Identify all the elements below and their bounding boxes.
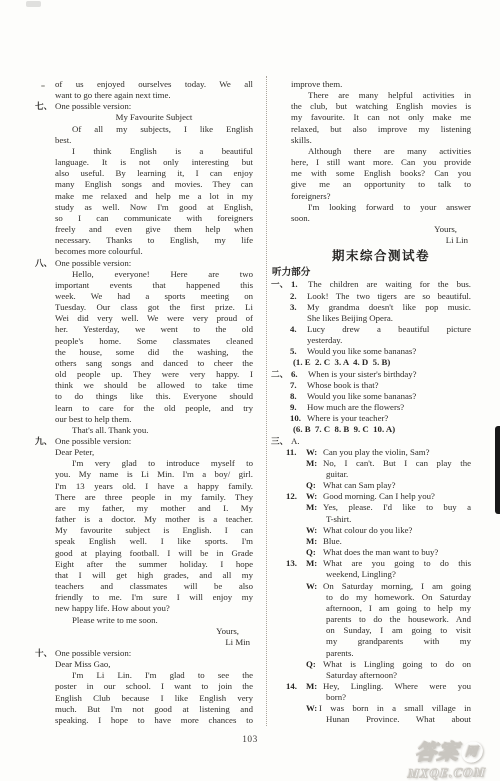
text-line: 14.M:Hey, Lingling. Where were you — [271, 681, 471, 692]
line-text: born? — [326, 692, 471, 703]
item-number: 1. — [291, 279, 308, 290]
text-line: I'm 13 years old. I have a happy family. — [35, 481, 253, 492]
line-text: What does the man want to buy? — [323, 547, 471, 558]
speaker-label: W: — [306, 491, 323, 502]
line-text: I'm very glad to introduce myself to — [55, 458, 253, 469]
watermark-site-name: 答案网 — [397, 739, 500, 766]
section-marker: 九、 — [35, 436, 55, 447]
text-line: so I can communicate with foreigners — [35, 213, 253, 224]
speaker-label: W: — [306, 703, 319, 714]
text-line: necessary. Thanks to English, my life — [35, 235, 253, 246]
line-text: are my father, my mother and I. My — [55, 503, 253, 514]
line-text: friendly to me. I'm sure I will enjoy my — [55, 592, 253, 603]
line-text: father is a doctor. My mother is a teach… — [55, 514, 253, 525]
section-marker: 二、 — [271, 369, 291, 380]
item-number: 3. — [290, 302, 307, 313]
text-line: soon. — [271, 213, 471, 224]
text-line: 3.My grandma doesn't like pop music. — [271, 302, 471, 313]
text-line: here, I still want more. Can you provide — [271, 157, 471, 168]
text-line: 听力部分 — [271, 267, 471, 279]
line-text: Wei did very well. We were very proud of — [55, 313, 253, 324]
text-line: of us enjoyed ourselves today. We all — [35, 79, 253, 90]
line-text: What is Lingling going to do on — [323, 659, 471, 670]
line-text: Eight after the summer holiday. I hope — [55, 559, 253, 570]
line-text: Please write to me soon. — [55, 615, 253, 626]
item-number: 10. — [290, 413, 307, 424]
text-line: people's home. Some classmates cleaned — [35, 336, 253, 347]
column-divider — [266, 76, 267, 726]
line-text: Can you play the violin, Sam? — [323, 447, 471, 458]
line-text: of us enjoyed ourselves today. We all — [55, 79, 253, 90]
line-text: Dear Miss Gao, — [55, 659, 253, 670]
text-line: on Sunday, I am going to visit — [271, 625, 471, 636]
item-number: 7. — [290, 380, 307, 391]
scan-speckle — [26, 1, 41, 7]
line-text: Saturday afternoon? — [326, 670, 471, 681]
line-text: give me an opportunity to talk to — [291, 179, 471, 190]
text-line: My favourite subject is English. I can — [35, 525, 253, 536]
text-line: 二、6.When is your sister's birthday? — [271, 369, 471, 380]
text-line: W:On Saturday morning, I am going — [271, 581, 471, 592]
line-text: Lucy drew a beautiful picture — [307, 324, 471, 335]
speaker-label: W: — [306, 525, 323, 536]
line-text: so I can communicate with foreigners — [55, 213, 253, 224]
line-text: T-shirt. — [326, 514, 471, 525]
text-line: Tuesday. Our class got the first prize. … — [35, 302, 253, 313]
line-text: When is your sister's birthday? — [308, 369, 471, 380]
text-line: teachers and classmates will be also — [35, 581, 253, 592]
text-line: the house, some did the washing, the — [35, 347, 253, 358]
item-number: 12. — [286, 491, 306, 502]
item-number: 8. — [290, 391, 307, 402]
section-marker: 七、 — [35, 101, 55, 112]
text-line: M:Blue. — [271, 536, 471, 547]
line-text: guitar. — [326, 469, 471, 480]
line-text: want to go there again next time. — [55, 90, 253, 101]
text-line: many English songs and movies. They can — [35, 179, 253, 190]
text-line: 八、One possible version: — [35, 258, 253, 269]
text-line: Eight after the summer holiday. I hope — [35, 559, 253, 570]
text-line: 5.Would you like some bananas? — [271, 346, 471, 357]
text-line: I'm Li Lin. I'm glad to see the — [35, 670, 253, 681]
text-line: skills. — [271, 135, 471, 146]
speaker-label: Q: — [306, 659, 323, 670]
text-line: to do my homework. On Saturday — [271, 592, 471, 603]
item-number: 5. — [290, 346, 307, 357]
circled-character-icon: 网 — [460, 741, 483, 762]
line-text: Although there are many activities — [291, 146, 471, 157]
text-line: There are many helpful activities in — [271, 90, 471, 101]
line-text: Li Lin — [291, 235, 471, 246]
line-text: English Club because I like English very — [55, 693, 253, 704]
text-line: give me an opportunity to talk to — [271, 179, 471, 190]
line-text: That's all. Thank you. — [55, 425, 253, 436]
text-line: born? — [271, 692, 471, 703]
item-number: 9. — [290, 402, 307, 413]
line-text: soon. — [291, 213, 471, 224]
line-text: I'm 13 years old. I have a happy family. — [55, 481, 253, 492]
text-line: I'm looking forward to your answer — [271, 202, 471, 213]
text-line: 4.Lucy drew a beautiful picture — [271, 324, 471, 335]
line-text: Hunan Province. What about — [326, 714, 471, 725]
watermark: 答案网 MXQE.COM — [395, 739, 500, 781]
line-text: that I will get high grades, and all my — [55, 570, 253, 581]
line-text: Yes, please. I'd like to buy a — [323, 502, 471, 513]
line-text: Look! The two tigers are so beautiful. — [307, 291, 471, 302]
text-line: Q:What is Lingling going to do on — [271, 659, 471, 670]
line-text: many English songs and movies. They can — [55, 179, 253, 190]
text-line: 九、One possible version: — [35, 436, 253, 447]
text-line: Q:What does the man want to buy? — [271, 547, 471, 558]
line-text: One possible version: — [55, 258, 253, 269]
line-text: Tuesday. Our class got the first prize. … — [55, 302, 253, 313]
text-line: make me relaxed and help me a lot in my — [35, 191, 253, 202]
line-text: becomes more colourful. — [55, 246, 253, 257]
line-text: speaking. I hope to have more chances to — [55, 715, 253, 726]
line-text: week. We had a sports meeting on — [55, 291, 253, 302]
speaker-label: W: — [306, 447, 323, 458]
line-text: important events that happened this — [55, 280, 253, 291]
line-text: The children are waiting for the bus. — [308, 279, 471, 290]
line-text: What can Sam play? — [323, 480, 471, 491]
line-text: One possible version: — [55, 648, 253, 659]
line-text: my grandparents with my — [326, 636, 471, 647]
line-text: good at playing football. I will be in G… — [55, 548, 253, 559]
line-text: Where is your teacher? — [307, 413, 471, 424]
item-number: 11. — [286, 447, 306, 458]
line-text: parents to do the housework. And — [326, 614, 471, 625]
text-line: There are three people in my family. The… — [35, 492, 253, 503]
line-text: on Sunday, I am going to visit — [326, 625, 471, 636]
text-line: father is a doctor. My mother is a teach… — [35, 514, 253, 525]
text-line: Dear Peter, — [35, 447, 253, 458]
speaker-label: Q: — [306, 480, 323, 491]
line-text: here, I still want more. Can you provide — [291, 157, 471, 168]
item-number: 2. — [290, 291, 307, 302]
column-left: of us enjoyed ourselves today. We allwan… — [35, 79, 253, 726]
line-text: my favourite. It can not only make me — [291, 112, 471, 123]
text-line: 12.W:Good morning. Can I help you? — [271, 491, 471, 502]
line-text: I'm Li Lin. I'm glad to see the — [55, 670, 253, 681]
text-line: 十、One possible version: — [35, 648, 253, 659]
text-line: improve them. — [271, 79, 471, 90]
line-text: language. It is not only interesting but — [55, 157, 253, 168]
text-line: Please write to me soon. — [35, 615, 253, 626]
text-line: That's all. Thank you. — [35, 425, 253, 436]
line-text: (1. E 2. C 3. A 4. D 5. B) — [293, 357, 471, 368]
text-line: me with some English books? Can you — [271, 168, 471, 179]
text-line: English Club because I like English very — [35, 693, 253, 704]
line-text: new happy life. How about you? — [55, 603, 253, 614]
item-number: 14. — [286, 681, 306, 692]
line-text: A. — [291, 436, 471, 447]
text-line: 期末综合测试卷 — [271, 246, 471, 267]
line-text: Of all my subjects, I like English — [55, 124, 253, 135]
text-line: friendly to me. I'm sure I will enjoy my — [35, 592, 253, 603]
line-text: to do my homework. On Saturday — [326, 592, 471, 603]
speaker-label: M: — [306, 502, 323, 513]
text-line: much. But I'm not good at listening and — [35, 704, 253, 715]
line-text: speak English well. I like sports. I'm — [55, 536, 253, 547]
text-line: study as well. Now I'm good at English, — [35, 202, 253, 213]
line-text: Hey, Lingling. Where were you — [323, 681, 471, 692]
line-text: make me relaxed and help me a lot in my — [55, 191, 253, 202]
line-text: the house, some did the washing, the — [55, 347, 253, 358]
text-line: Wei did very well. We were very proud of — [35, 313, 253, 324]
line-text: One possible version: — [55, 436, 253, 447]
line-text: Blue. — [323, 536, 471, 547]
text-line: My Favourite Subject — [35, 112, 253, 123]
line-text: There are three people in my family. The… — [55, 492, 253, 503]
line-text: Would you like some bananas? — [307, 391, 471, 402]
text-line: foreigners? — [271, 191, 471, 202]
line-text: Good morning. Can I help you? — [323, 491, 471, 502]
text-line: Li Min — [35, 637, 253, 648]
text-line: W:What colour do you like? — [271, 525, 471, 536]
text-line: Yours, — [35, 626, 253, 637]
line-text: How much are the flowers? — [307, 402, 471, 413]
text-line: our best to help them. — [35, 414, 253, 425]
text-line: I think English is a beautiful — [35, 146, 253, 157]
text-line: weekend, Lingling? — [271, 569, 471, 580]
text-line: I'm very glad to introduce myself to — [35, 458, 253, 469]
line-text: afternoon, I am going to help my — [326, 603, 471, 614]
line-text: necessary. Thanks to English, my life — [55, 235, 253, 246]
text-line: want to go there again next time. — [35, 90, 253, 101]
text-line: 8.Would you like some bananas? — [271, 391, 471, 402]
text-line: 2.Look! The two tigers are so beautiful. — [271, 291, 471, 302]
line-text: I was born in a small village in — [319, 703, 471, 714]
text-line: Yours, — [271, 224, 471, 235]
line-text: think we should be allowed to take time — [55, 380, 253, 391]
text-line: parents. — [271, 648, 471, 659]
line-text: What colour do you like? — [323, 525, 471, 536]
text-line: 七、One possible version: — [35, 101, 253, 112]
text-line: speaking. I hope to have more chances to — [35, 715, 253, 726]
line-text: skills. — [291, 135, 471, 146]
speaker-label: W: — [306, 581, 323, 592]
line-text: you. My name is Li Min. I'm a boy/ girl. — [55, 469, 253, 480]
text-line: guitar. — [271, 469, 471, 480]
text-line: (1. E 2. C 3. A 4. D 5. B) — [271, 357, 471, 368]
line-text: much. But I'm not good at listening and — [55, 704, 253, 715]
text-line: She likes Beijing Opera. — [271, 313, 471, 324]
line-text: teachers and classmates will be also — [55, 581, 253, 592]
line-text: 听力部分 — [272, 267, 471, 279]
text-line: good at playing football. I will be in G… — [35, 548, 253, 559]
line-text: study as well. Now I'm good at English, — [55, 202, 253, 213]
text-line: relaxed, but also improve my listening — [271, 124, 471, 135]
text-line: M:No, I can't. But I can play the — [271, 458, 471, 469]
line-text: freely and even give them help when — [55, 224, 253, 235]
line-text: also useful. By learning it, I can enjoy — [55, 168, 253, 179]
speaker-label: Q: — [306, 547, 323, 558]
item-number: 13. — [286, 558, 306, 569]
line-text: My favourite subject is English. I can — [55, 525, 253, 536]
watermark-domain: MXQE.COM — [395, 764, 499, 781]
text-line: important events that happened this — [35, 280, 253, 291]
speaker-label: M: — [306, 536, 323, 547]
text-line: language. It is not only interesting but — [35, 157, 253, 168]
line-text: improve them. — [291, 79, 471, 90]
text-line: Of all my subjects, I like English — [35, 124, 253, 135]
text-line: Saturday afternoon? — [271, 670, 471, 681]
section-marker: 一、 — [271, 279, 291, 290]
line-text: Li Min — [55, 637, 253, 648]
text-line: new happy life. How about you? — [35, 603, 253, 614]
text-line: best. — [35, 135, 253, 146]
item-number: 4. — [290, 324, 307, 335]
text-line: her. Yesterday, we went to the old — [35, 324, 253, 335]
line-text: parents. — [326, 648, 471, 659]
text-line: Although there are many activities — [271, 146, 471, 157]
line-text: Yours, — [291, 224, 471, 235]
text-line: 10.Where is your teacher? — [271, 413, 471, 424]
line-text: I'm looking forward to your answer — [291, 202, 471, 213]
line-text: My grandma doesn't like pop music. — [307, 302, 471, 313]
speaker-label: M: — [306, 558, 323, 569]
line-text: Hello, everyone! Here are two — [55, 269, 253, 280]
line-text: her. Yesterday, we went to the old — [55, 324, 253, 335]
line-text: others sang songs and danced to cheer th… — [55, 358, 253, 369]
text-line: 11.W:Can you play the violin, Sam? — [271, 447, 471, 458]
text-line: you. My name is Li Min. I'm a boy/ girl. — [35, 469, 253, 480]
line-text: learn to care for the old people, and tr… — [55, 403, 253, 414]
line-text: On Saturday morning, I am going — [323, 581, 471, 592]
text-line: week. We had a sports meeting on — [35, 291, 253, 302]
line-text: old people up. They were very happy. I — [55, 369, 253, 380]
speaker-label: M: — [306, 458, 323, 469]
text-line: that I will get high grades, and all my — [35, 570, 253, 581]
line-text: I think English is a beautiful — [55, 146, 253, 157]
line-text: the club, but watching English movies is — [291, 101, 471, 112]
text-line: freely and even give them help when — [35, 224, 253, 235]
text-line: think we should be allowed to take time — [35, 380, 253, 391]
text-line: to do things like this. Everyone should — [35, 391, 253, 402]
line-text: One possible version: — [55, 101, 253, 112]
section-marker: 三、 — [271, 436, 291, 447]
text-line: the club, but watching English movies is — [271, 101, 471, 112]
line-text: 期末综合测试卷 — [291, 246, 471, 267]
line-text: relaxed, but also improve my listening — [291, 124, 471, 135]
column-right: improve them.There are many helpful acti… — [271, 79, 471, 726]
line-text: to do things like this. Everyone should — [55, 391, 253, 402]
line-text: Whose book is that? — [307, 380, 471, 391]
text-line: Q:What can Sam play? — [271, 480, 471, 491]
speaker-label: M: — [306, 681, 323, 692]
text-line: Hunan Province. What about — [271, 714, 471, 725]
text-line: old people up. They were very happy. I — [35, 369, 253, 380]
text-line: are my father, my mother and I. My — [35, 503, 253, 514]
text-line: Hello, everyone! Here are two — [35, 269, 253, 280]
text-line: learn to care for the old people, and tr… — [35, 403, 253, 414]
text-line: yesterday. — [271, 335, 471, 346]
line-text: (6. B 7. C 8. B 9. C 10. A) — [293, 424, 471, 435]
text-line: M:Yes, please. I'd like to buy a — [271, 502, 471, 513]
text-line: poster in our school. I want to join the — [35, 681, 253, 692]
text-line: afternoon, I am going to help my — [271, 603, 471, 614]
line-text: me with some English books? Can you — [291, 168, 471, 179]
text-line: Li Lin — [271, 235, 471, 246]
text-line: others sang songs and danced to cheer th… — [35, 358, 253, 369]
line-text: weekend, Lingling? — [326, 569, 471, 580]
text-line: Dear Miss Gao, — [35, 659, 253, 670]
line-text: poster in our school. I want to join the — [55, 681, 253, 692]
section-marker: 八、 — [35, 258, 55, 269]
text-line: also useful. By learning it, I can enjoy — [35, 168, 253, 179]
line-text: Dear Peter, — [55, 447, 253, 458]
page-edge-shadow — [495, 426, 500, 514]
text-line: speak English well. I like sports. I'm — [35, 536, 253, 547]
line-text: There are many helpful activities in — [291, 90, 471, 101]
text-line: becomes more colourful. — [35, 246, 253, 257]
text-line: 9.How much are the flowers? — [271, 402, 471, 413]
text-line: W:I was born in a small village in — [271, 703, 471, 714]
text-line: T-shirt. — [271, 514, 471, 525]
text-line: my favourite. It can not only make me — [271, 112, 471, 123]
line-text: My Favourite Subject — [55, 112, 253, 123]
line-text: people's home. Some classmates cleaned — [55, 336, 253, 347]
text-line: 13.M:What are you going to do this — [271, 558, 471, 569]
text-line: parents to do the housework. And — [271, 614, 471, 625]
section-marker: 十、 — [35, 648, 55, 659]
line-text: Yours, — [55, 626, 253, 637]
line-text: best. — [55, 135, 253, 146]
text-line: my grandparents with my — [271, 636, 471, 647]
line-text: foreigners? — [291, 191, 471, 202]
scanned-answer-page: of us enjoyed ourselves today. We allwan… — [0, 0, 500, 781]
line-text: She likes Beijing Opera. — [307, 313, 471, 324]
line-text: What are you going to do this — [323, 558, 471, 569]
text-line: 三、A. — [271, 436, 471, 447]
item-number: 6. — [291, 369, 308, 380]
line-text: our best to help them. — [55, 414, 253, 425]
text-line: 7.Whose book is that? — [271, 380, 471, 391]
line-text: yesterday. — [307, 335, 471, 346]
line-text: Would you like some bananas? — [307, 346, 471, 357]
text-line: (6. B 7. C 8. B 9. C 10. A) — [271, 424, 471, 435]
line-text: No, I can't. But I can play the — [323, 458, 471, 469]
watermark-text: 答案 — [414, 740, 460, 765]
text-line: 一、1.The children are waiting for the bus… — [271, 279, 471, 290]
